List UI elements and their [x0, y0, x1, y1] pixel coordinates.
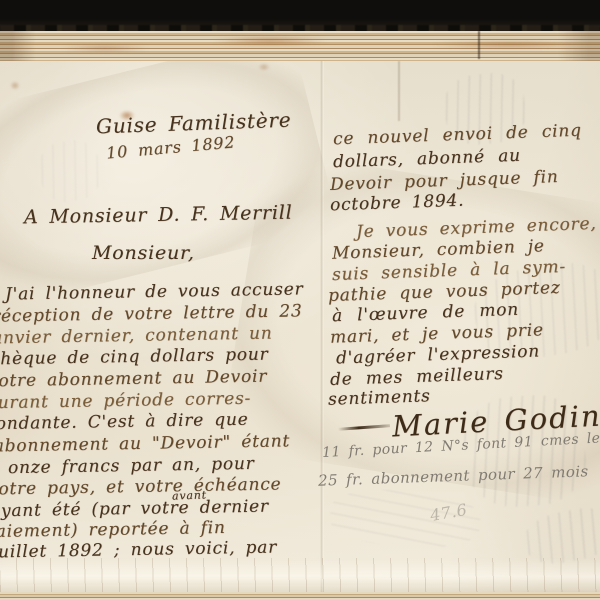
letter-line: ayant été (par votre dernier — [0, 497, 269, 522]
letter-line: chèque de cinq dollars pour — [0, 345, 269, 370]
page-edge-crack — [478, 31, 480, 59]
fox-stain — [258, 63, 270, 71]
fox-stain — [10, 81, 20, 90]
photographed-letter-page: Guise Familistère 10 mars 1892 A Monsieu… — [0, 0, 600, 600]
signature-flourish — [338, 424, 390, 431]
paper-bottom-crinkle — [0, 558, 600, 592]
stacked-page-edges-bottom — [0, 592, 600, 600]
letter-line: sentiments — [328, 386, 431, 410]
letter-line: votre abonnement au Devoir — [0, 367, 267, 392]
interline-insertion: avant — [172, 488, 207, 502]
show-through-marks — [36, 137, 104, 205]
letter-salutation: Monsieur, — [92, 242, 195, 264]
fold-crease — [320, 61, 324, 592]
paper-crease — [398, 61, 400, 121]
letter-sheet: Guise Familistère 10 mars 1892 A Monsieu… — [0, 61, 600, 592]
letter-line: ce nouvel envoi de cinq — [333, 121, 582, 150]
letter-line: l'abonnement au "Devoir" étant — [0, 431, 290, 456]
letter-line: octobre 1894. — [330, 191, 465, 216]
letter-line: pondante. C'est à dire que — [0, 410, 249, 435]
letter-recipient: A Monsieur D. F. Merrill — [24, 202, 293, 229]
letter-line: onze francs par an, pour — [8, 454, 255, 478]
page-edge-rust-stain — [430, 40, 590, 49]
page-edge-rust-stain — [60, 44, 150, 52]
letter-line: votre pays, et votre échéance — [0, 474, 282, 499]
letter-line: J'ai l'honneur de vous accuser — [5, 279, 304, 304]
album-binding-top — [0, 0, 600, 27]
page-edge-rust-stain — [210, 36, 330, 46]
